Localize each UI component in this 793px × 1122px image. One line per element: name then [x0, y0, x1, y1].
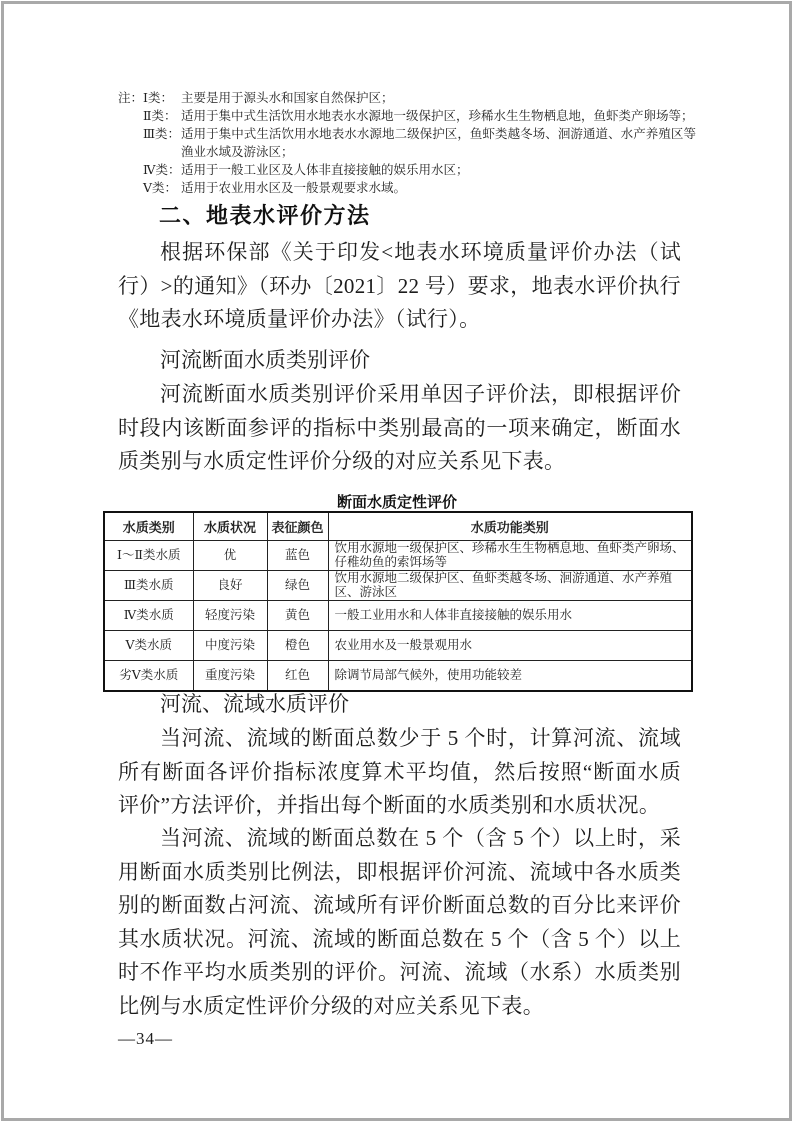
paragraph-basis: 根据环保部《关于印发<地表水环境质量评价办法（试行）>的通知》（环办〔2021〕… — [118, 236, 681, 337]
note-term: Ⅲ类： — [143, 125, 181, 161]
table-row: 劣Ⅴ类水质 重度污染 红色 除调节局部气候外，使用功能较差 — [104, 661, 692, 692]
cell-status: 良好 — [193, 571, 267, 601]
cell-status: 重度污染 — [193, 661, 267, 692]
document-page: 注： Ⅰ类： 主要是用于源头水和国家自然保护区； Ⅱ类： 适用于集中式生活饮用水… — [0, 0, 793, 1122]
note-term: Ⅰ类： — [143, 89, 181, 107]
cell-status: 优 — [193, 541, 267, 571]
header-water-status: 水质状况 — [193, 512, 267, 541]
subheading-section-eval: 河流断面水质类别评价 — [118, 344, 681, 378]
cell-class: Ⅴ类水质 — [104, 631, 193, 661]
note-desc: 适用于农业用水区及一般景观要求水域。 — [181, 179, 696, 197]
notes-block: 注： Ⅰ类： 主要是用于源头水和国家自然保护区； Ⅱ类： 适用于集中式生活饮用水… — [118, 89, 696, 197]
table-header-row: 水质类别 水质状况 表征颜色 水质功能类别 — [104, 512, 692, 541]
note-item: Ⅳ类： 适用于一般工业区及人体非直接接触的娱乐用水区； — [118, 161, 696, 179]
cell-class: Ⅲ类水质 — [104, 571, 193, 601]
header-color: 表征颜色 — [267, 512, 328, 541]
cell-status: 中度污染 — [193, 631, 267, 661]
quality-table: 水质类别 水质状况 表征颜色 水质功能类别 Ⅰ～Ⅱ类水质 优 蓝色 饮用水源地一… — [103, 511, 693, 692]
table-row: Ⅳ类水质 轻度污染 黄色 一般工业用水和人体非直接接触的娱乐用水 — [104, 601, 692, 631]
cell-class: Ⅰ～Ⅱ类水质 — [104, 541, 193, 571]
note-desc: 适用于集中式生活饮用水地表水水源地一级保护区，珍稀水生生物栖息地，鱼虾类产卵场等… — [181, 107, 696, 125]
cell-class: Ⅳ类水质 — [104, 601, 193, 631]
cell-color: 黄色 — [267, 601, 328, 631]
table-row: Ⅲ类水质 良好 绿色 饮用水源地二级保护区、鱼虾类越冬场、洄游通道、水产养殖区、… — [104, 571, 692, 601]
cell-class: 劣Ⅴ类水质 — [104, 661, 193, 692]
cell-color: 橙色 — [267, 631, 328, 661]
note-desc: 主要是用于源头水和国家自然保护区； — [181, 89, 696, 107]
paragraph-five-or-more: 当河流、流域的断面总数在 5 个（含 5 个）以上时，采用断面水质类别比例法，即… — [118, 822, 681, 1023]
note-label: 注： — [118, 89, 143, 107]
note-term: Ⅱ类： — [143, 107, 181, 125]
subheading-river-basin-eval: 河流、流域水质评价 — [118, 688, 681, 722]
note-item: 注： Ⅰ类： 主要是用于源头水和国家自然保护区； — [118, 89, 696, 107]
table-row: Ⅴ类水质 中度污染 橙色 农业用水及一般景观用水 — [104, 631, 692, 661]
header-water-class: 水质类别 — [104, 512, 193, 541]
note-desc: 适用于一般工业区及人体非直接接触的娱乐用水区； — [181, 161, 696, 179]
header-function: 水质功能类别 — [328, 512, 692, 541]
section-heading: 二、地表水评价方法 — [159, 199, 371, 230]
table-title: 断面水质定性评价 — [103, 491, 691, 512]
paragraph-less-than-five: 当河流、流域的断面总数少于 5 个时，计算河流、流域所有断面各评价指标浓度算术平… — [118, 722, 681, 823]
cell-color: 蓝色 — [267, 541, 328, 571]
cell-function: 农业用水及一般景观用水 — [328, 631, 692, 661]
cell-color: 红色 — [267, 661, 328, 692]
cell-function: 一般工业用水和人体非直接接触的娱乐用水 — [328, 601, 692, 631]
cell-color: 绿色 — [267, 571, 328, 601]
cell-function: 饮用水源地一级保护区、珍稀水生生物栖息地、鱼虾类产卵场、仔稚幼鱼的索饵场等 — [328, 541, 692, 571]
note-term: Ⅴ类： — [143, 179, 181, 197]
quality-table-wrapper: 水质类别 水质状况 表征颜色 水质功能类别 Ⅰ～Ⅱ类水质 优 蓝色 饮用水源地一… — [103, 511, 691, 692]
cell-function: 除调节局部气候外，使用功能较差 — [328, 661, 692, 692]
note-term: Ⅳ类： — [143, 161, 181, 179]
paragraph-single-factor: 河流断面水质类别评价采用单因子评价法，即根据评价时段内该断面参评的指标中类别最高… — [118, 378, 681, 479]
note-item: Ⅲ类： 适用于集中式生活饮用水地表水水源地二级保护区，鱼虾类越冬场、洄游通道、水… — [118, 125, 696, 161]
cell-status: 轻度污染 — [193, 601, 267, 631]
page-number: —34— — [118, 1029, 173, 1049]
cell-function: 饮用水源地二级保护区、鱼虾类越冬场、洄游通道、水产养殖区、游泳区 — [328, 571, 692, 601]
table-row: Ⅰ～Ⅱ类水质 优 蓝色 饮用水源地一级保护区、珍稀水生生物栖息地、鱼虾类产卵场、… — [104, 541, 692, 571]
note-item: Ⅱ类： 适用于集中式生活饮用水地表水水源地一级保护区，珍稀水生生物栖息地，鱼虾类… — [118, 107, 696, 125]
note-desc: 适用于集中式生活饮用水地表水水源地二级保护区，鱼虾类越冬场、洄游通道、水产养殖区… — [181, 125, 696, 161]
note-item: Ⅴ类： 适用于农业用水区及一般景观要求水域。 — [118, 179, 696, 197]
